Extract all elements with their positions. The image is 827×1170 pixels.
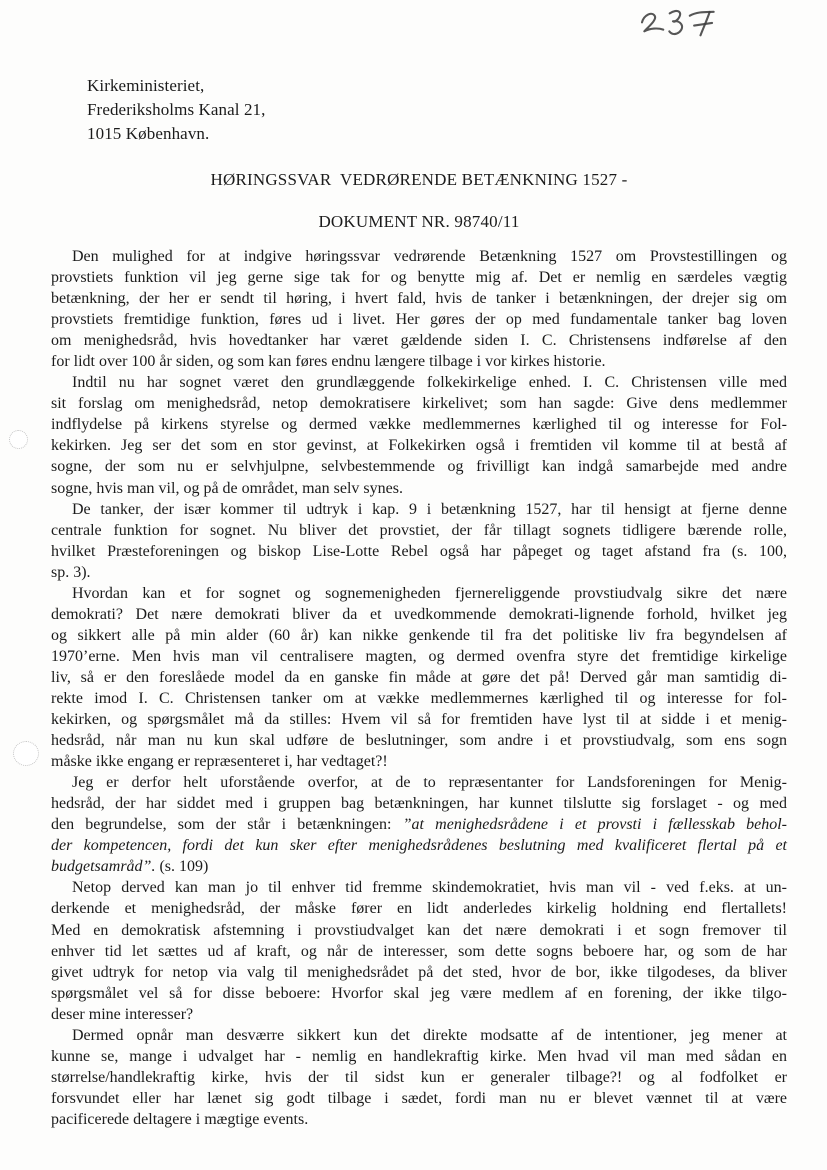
body-text-segment: pacificerede deltagere i mægtige events. — [51, 1111, 308, 1128]
body-line: sp. 3). — [51, 562, 787, 583]
body-text-segment: Netop derved kan man jo til enhver tid f… — [72, 879, 787, 896]
body-line: pacificerede deltagere i mægtige events. — [51, 1109, 787, 1130]
body-line: Netop derved kan man jo til enhver tid f… — [51, 877, 787, 898]
body-text-segment: derkende et menighedsråd, der måske føre… — [51, 900, 787, 917]
recipient-line-name: Kirkeministeriet, — [87, 74, 266, 98]
body-text-segment: betænkning, der her er sendt til høring,… — [51, 290, 787, 307]
body-text-segment: deser mine interesser? — [51, 1006, 193, 1023]
body-text-segment: demokrati? Det nære demokrati bliver da … — [51, 606, 787, 623]
body-line: hedsråd, der har siddet med i gruppen ba… — [51, 793, 787, 814]
body-line: liv, så er den foreslåede model da en ga… — [51, 667, 787, 688]
recipient-line-city: 1015 København. — [87, 122, 266, 146]
body-text-segment: kunne se, mange i udvalget har - nemlig … — [51, 1048, 787, 1065]
body-line: for lidt over 100 år siden, og som kan f… — [51, 351, 787, 372]
body-line: De tanker, der især kommer til udtryk i … — [51, 499, 787, 520]
body-text-segment: forsvundet eller har lænet sig godt tilb… — [51, 1090, 787, 1107]
body-text-segment: provstiets fremtidige funktion, føres ud… — [51, 311, 787, 328]
body-text-segment: om menighedsråd, hvis hovedtanker har væ… — [51, 332, 787, 349]
body-line: Hvordan kan et for sognet og sognemenigh… — [51, 583, 787, 604]
body-line: om menighedsråd, hvis hovedtanker har væ… — [51, 330, 787, 351]
body-text-segment: Med en demokratisk afstemning i provstiu… — [51, 922, 787, 939]
body-text-segment: for lidt over 100 år siden, og som kan f… — [51, 353, 606, 370]
body-line: Indtil nu har sognet været den grundlægg… — [51, 372, 787, 393]
body-line: størrelse/handlekraftig kirke, hvis der … — [51, 1067, 787, 1088]
document-subtitle: DOKUMENT NR. 98740/11 — [51, 212, 787, 232]
quoted-italic-text: budgetsamråd”. — [51, 858, 159, 875]
body-line: centrale funktion for sognet. Nu bliver … — [51, 520, 787, 541]
document-body: Den mulighed for at indgive høringssvar … — [51, 246, 787, 1130]
recipient-address: Kirkeministeriet, Frederiksholms Kanal 2… — [87, 74, 266, 146]
body-line: den begrundelse, som der står i betænkni… — [51, 814, 787, 835]
body-line: provstiets fremtidige funktion, føres ud… — [51, 309, 787, 330]
body-line: Med en demokratisk afstemning i provstiu… — [51, 920, 787, 941]
body-line: 1970’erne. Men hvis man vil centralisere… — [51, 646, 787, 667]
body-text-segment: givet udtryk for netop via valg til meni… — [51, 964, 787, 981]
body-text-segment: Indtil nu har sognet været den grundlægg… — [72, 374, 787, 391]
body-text-segment: kekirken, og spørgsmålet må da stilles: … — [51, 711, 787, 728]
body-line: givet udtryk for netop via valg til meni… — [51, 962, 787, 983]
quoted-italic-text: der kompetencen, fordi det kun sker efte… — [51, 837, 787, 854]
body-line: budgetsamråd”. (s. 109) — [51, 856, 787, 877]
body-text-segment: størrelse/handlekraftig kirke, hvis der … — [51, 1069, 787, 1086]
body-text-segment: Hvordan kan et for sognet og sognemenigh… — [72, 585, 787, 602]
handwritten-page-number — [635, 0, 726, 45]
body-text-segment: hvilket Præsteforeningen og biskop Lise-… — [51, 543, 787, 560]
body-text-segment: hedsråd, når man nu kun skal udføre de b… — [51, 732, 787, 749]
body-text-segment: sogne, hvis man vil, og på de området, m… — [51, 480, 403, 497]
body-line: sogne, der som nu er selvhjulpne, selvbe… — [51, 456, 787, 477]
body-line: kekirken, og spørgsmålet må da stilles: … — [51, 709, 787, 730]
body-text-segment: den begrundelse, som der står i betænkni… — [51, 816, 403, 833]
body-line: kunne se, mange i udvalget har - nemlig … — [51, 1046, 787, 1067]
body-text-segment: rekte imod I. C. Christensen tanker om a… — [51, 690, 787, 707]
body-text-segment: og sikkert alle på min alder (60 år) kan… — [51, 627, 787, 644]
body-line: indflydelse på kirkens styrelse og derme… — [51, 414, 787, 435]
quoted-italic-text: ”at menighedsrådene i et provsti i fælle… — [403, 816, 787, 833]
body-text-segment: centrale funktion for sognet. Nu bliver … — [51, 522, 787, 539]
body-line: demokrati? Det nære demokrati bliver da … — [51, 604, 787, 625]
body-text-segment: sp. 3). — [51, 564, 91, 581]
body-text-segment: Dermed opnår man desværre sikkert kun de… — [72, 1027, 787, 1044]
body-line: måske ikke engang er repræsenteret i, ha… — [51, 751, 787, 772]
body-line: forsvundet eller har lænet sig godt tilb… — [51, 1088, 787, 1109]
body-line: Dermed opnår man desværre sikkert kun de… — [51, 1025, 787, 1046]
body-line: deser mine interesser? — [51, 1004, 787, 1025]
body-line: Den mulighed for at indgive høringssvar … — [51, 246, 787, 267]
body-line: kekirken. Jeg ser det som en stor gevins… — [51, 435, 787, 456]
body-line: hvilket Præsteforeningen og biskop Lise-… — [51, 541, 787, 562]
body-line: betænkning, der her er sendt til høring,… — [51, 288, 787, 309]
body-line: derkende et menighedsråd, der måske føre… — [51, 898, 787, 919]
document-title: HØRINGSSVAR VEDRØRENDE BETÆNKNING 1527 - — [51, 170, 787, 190]
body-text-segment: Jeg er derfor helt uforstående overfor, … — [72, 774, 787, 791]
recipient-line-street: Frederiksholms Kanal 21, — [87, 98, 266, 122]
body-line: og sikkert alle på min alder (60 år) kan… — [51, 625, 787, 646]
body-line: enhver tid let sættes ud af kraft, og nå… — [51, 941, 787, 962]
body-text-segment: indflydelse på kirkens styrelse og derme… — [51, 416, 787, 433]
body-line: rekte imod I. C. Christensen tanker om a… — [51, 688, 787, 709]
body-line: Jeg er derfor helt uforstående overfor, … — [51, 772, 787, 793]
hole-punch-mark-top — [9, 430, 28, 449]
hole-punch-mark-bottom — [13, 741, 39, 766]
body-text-segment: sit forslag om menighedsråd, netop demok… — [51, 395, 787, 412]
body-line: sogne, hvis man vil, og på de området, m… — [51, 478, 787, 499]
body-text-segment: spørgsmålet vel så for disse beboere: Hv… — [51, 985, 787, 1002]
body-text-segment: provstiets funktion vil jeg gerne sige t… — [51, 269, 787, 286]
body-text-segment: liv, så er den foreslåede model da en ga… — [51, 669, 787, 686]
body-text-segment: enhver tid let sættes ud af kraft, og nå… — [51, 943, 787, 960]
body-text-segment: sogne, der som nu er selvhjulpne, selvbe… — [51, 458, 787, 475]
body-line: der kompetencen, fordi det kun sker efte… — [51, 835, 787, 856]
body-text-segment: (s. 109) — [159, 858, 208, 875]
body-text-segment: hedsråd, der har siddet med i gruppen ba… — [51, 795, 787, 812]
body-text-segment: De tanker, der især kommer til udtryk i … — [72, 501, 787, 518]
body-text-segment: Den mulighed for at indgive høringssvar … — [72, 248, 787, 265]
body-text-segment: måske ikke engang er repræsenteret i, ha… — [51, 753, 388, 770]
body-line: provstiets funktion vil jeg gerne sige t… — [51, 267, 787, 288]
body-line: sit forslag om menighedsråd, netop demok… — [51, 393, 787, 414]
body-line: hedsråd, når man nu kun skal udføre de b… — [51, 730, 787, 751]
scanned-letter-page: Kirkeministeriet, Frederiksholms Kanal 2… — [0, 0, 827, 1170]
body-text-segment: kekirken. Jeg ser det som en stor gevins… — [51, 437, 787, 454]
body-text-segment: 1970’erne. Men hvis man vil centralisere… — [51, 648, 787, 665]
handwritten-237-scrawl — [635, 0, 726, 45]
body-line: spørgsmålet vel så for disse beboere: Hv… — [51, 983, 787, 1004]
